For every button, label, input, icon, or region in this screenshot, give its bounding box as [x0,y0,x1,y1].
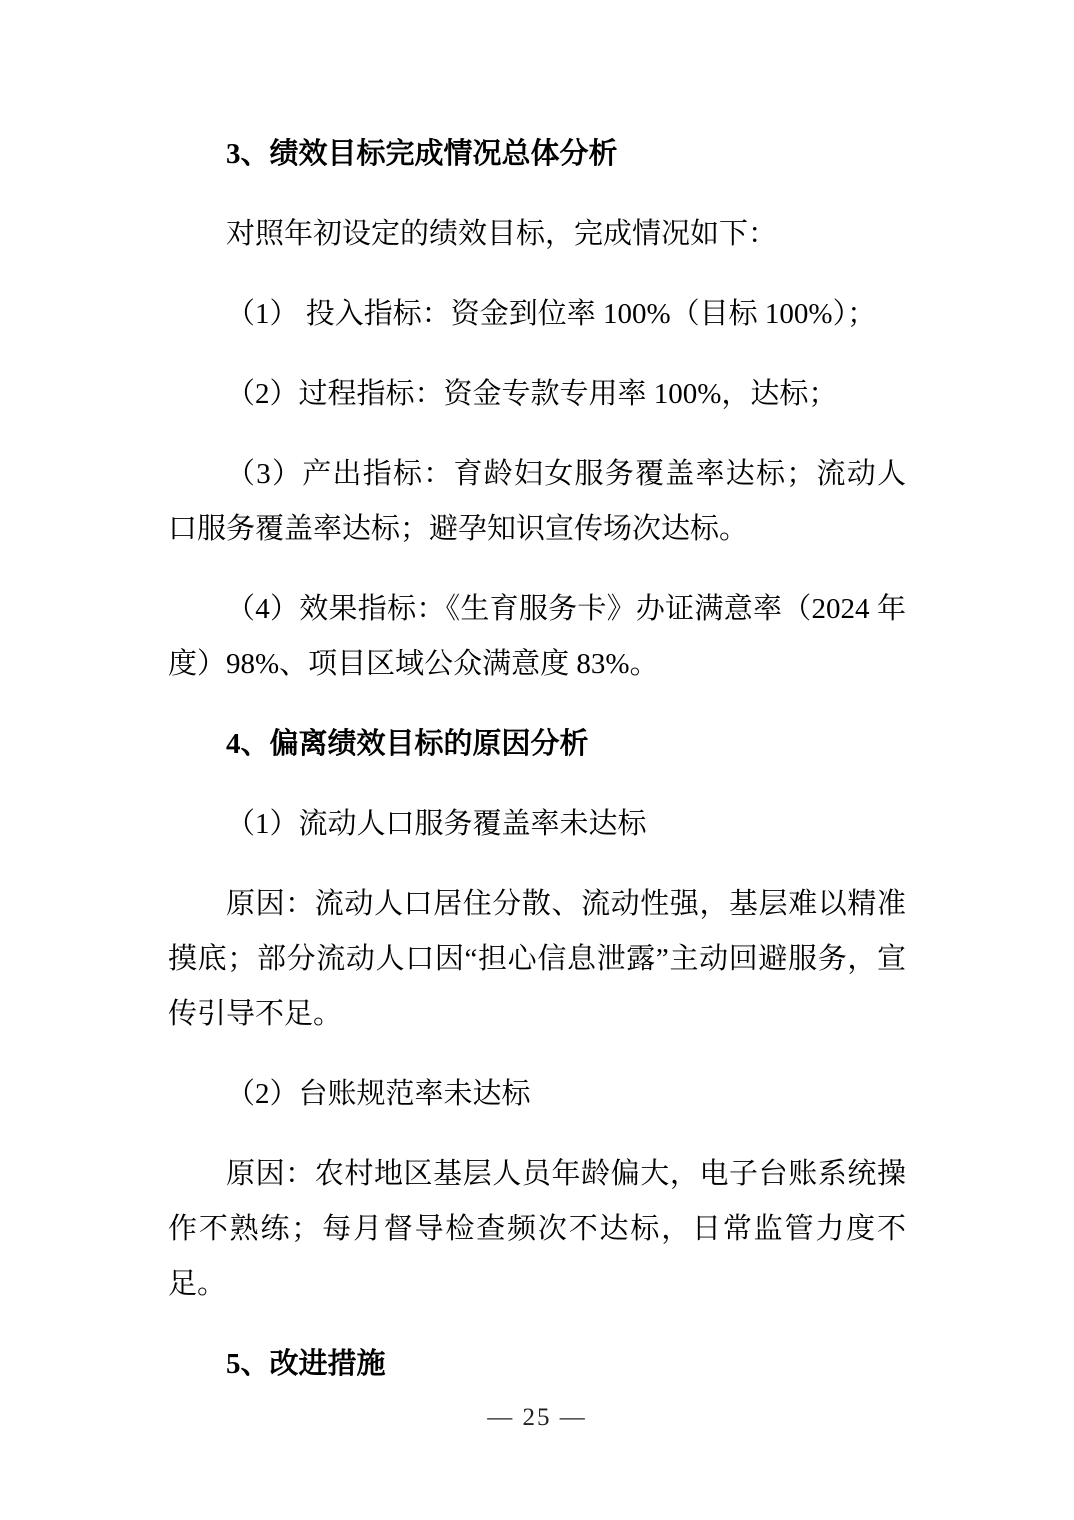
paragraph: （3）产出指标：育龄妇女服务覆盖率达标；流动人口服务覆盖率达标；避孕知识宣传场次… [168,447,906,557]
document-body: 3、绩效目标完成情况总体分析对照年初设定的绩效目标，完成情况如下：（1） 投入指… [168,127,906,1417]
paragraph: 原因：流动人口居住分散、流动性强，基层难以精准摸底；部分流动人口因“担心信息泄露… [168,877,906,1042]
paragraph: （4）效果指标：《生育服务卡》办证满意率（2024 年度）98%、项目区域公众满… [168,582,906,692]
paragraph: （2）台账规范率未达标 [168,1067,906,1122]
section-heading: 5、改进措施 [168,1337,906,1392]
paragraph: （1）流动人口服务覆盖率未达标 [168,797,906,852]
paragraph: 原因：农村地区基层人员年龄偏大，电子台账系统操作不熟练；每月督导检查频次不达标，… [168,1147,906,1312]
section-heading: 3、绩效目标完成情况总体分析 [168,127,906,182]
paragraph: （1） 投入指标：资金到位率 100%（目标 100%）； [168,287,906,342]
paragraph: （2）过程指标：资金专款专用率 100%，达标； [168,367,906,422]
page-number: — 25 — [0,1402,1074,1434]
section-heading: 4、偏离绩效目标的原因分析 [168,717,906,772]
paragraph: 对照年初设定的绩效目标，完成情况如下： [168,207,906,262]
document-page: 3、绩效目标完成情况总体分析对照年初设定的绩效目标，完成情况如下：（1） 投入指… [0,0,1074,1520]
